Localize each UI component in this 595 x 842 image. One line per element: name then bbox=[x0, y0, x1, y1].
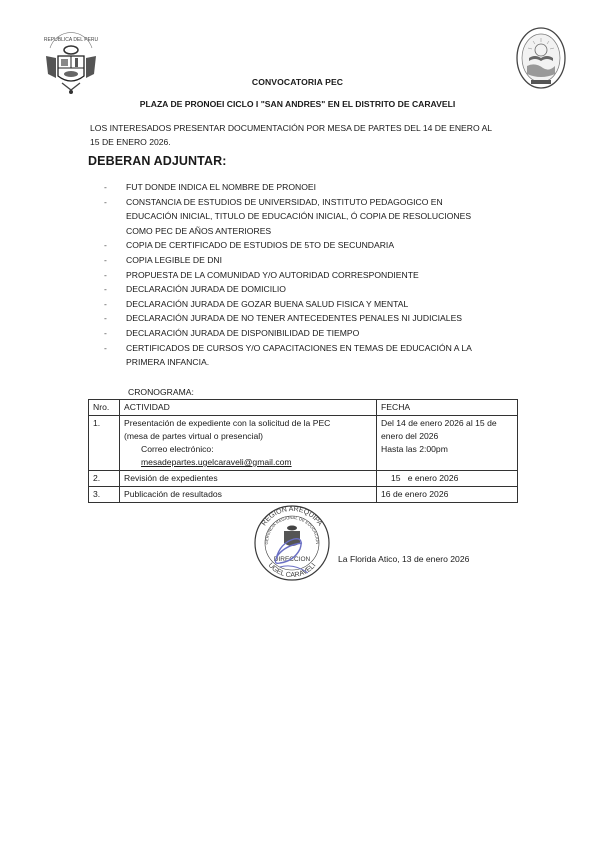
intro-line: LOS INTERESADOS PRESENTAR DOCUMENTACIÓN … bbox=[90, 121, 550, 135]
header-date: FECHA bbox=[377, 400, 518, 416]
requirement-text: CERTIFICADOS DE CURSOS Y/O CAPACITACIONE… bbox=[126, 341, 548, 356]
document-title: CONVOCATORIA PEC bbox=[0, 77, 595, 87]
email-link[interactable]: mesadepartes.ugelcaraveli@gmail.com bbox=[124, 456, 372, 469]
svg-text:DIRECCION: DIRECCION bbox=[274, 556, 311, 563]
row-nro: 2. bbox=[89, 471, 120, 487]
requirement-item: COPIA LEGIBLE DE DNI bbox=[118, 253, 548, 268]
intro-paragraph: LOS INTERESADOS PRESENTAR DOCUMENTACIÓN … bbox=[90, 121, 550, 149]
requirement-text: COPIA LEGIBLE DE DNI bbox=[126, 253, 548, 268]
date-text: enero del 2026 bbox=[381, 430, 513, 443]
requirement-text: PROPUESTA DE LA COMUNIDAD Y/O AUTORIDAD … bbox=[126, 268, 548, 283]
header-activity: ACTIVIDAD bbox=[120, 400, 377, 416]
requirement-text: DECLARACIÓN JURADA DE DISPONIBILIDAD DE … bbox=[126, 326, 548, 341]
requirements-list: FUT DONDE INDICA EL NOMBRE DE PRONOEICON… bbox=[118, 180, 548, 370]
requirement-item: DECLARACIÓN JURADA DE NO TENER ANTECEDEN… bbox=[118, 311, 548, 326]
row-date: 15 e enero 2026 bbox=[377, 471, 518, 487]
requirement-item: DECLARACIÓN JURADA DE DOMICILIO bbox=[118, 282, 548, 297]
table-row: 1. Presentación de expediente con la sol… bbox=[89, 416, 518, 471]
date-text: Hasta las 2:00pm bbox=[381, 443, 513, 456]
email-label: Correo electrónico: bbox=[124, 443, 372, 456]
intro-line: 15 DE ENERO 2026. bbox=[90, 135, 550, 149]
requirements-heading: DEBERAN ADJUNTAR: bbox=[88, 154, 227, 168]
requirement-text: DECLARACIÓN JURADA DE DOMICILIO bbox=[126, 282, 548, 297]
requirement-text: COPIA DE CERTIFICADO DE ESTUDIOS DE 5TO … bbox=[126, 238, 548, 253]
activity-text: Presentación de expediente con la solici… bbox=[124, 417, 372, 430]
schedule-label: CRONOGRAMA: bbox=[128, 387, 194, 397]
schedule-table: Nro. ACTIVIDAD FECHA 1. Presentación de … bbox=[88, 399, 518, 503]
requirement-item: DECLARACIÓN JURADA DE DISPONIBILIDAD DE … bbox=[118, 326, 548, 341]
table-row: 2. Revisión de expedientes 15 e enero 20… bbox=[89, 471, 518, 487]
requirement-text: EDUCACIÓN INICIAL, TITULO DE EDUCACIÓN I… bbox=[126, 209, 548, 224]
activity-text: (mesa de partes virtual o presencial) bbox=[124, 430, 372, 443]
official-stamp: REGION AREQUIPA GERENCIA REGIONAL DE EDU… bbox=[250, 503, 334, 583]
requirement-item: FUT DONDE INDICA EL NOMBRE DE PRONOEI bbox=[118, 180, 548, 195]
requirement-item: PROPUESTA DE LA COMUNIDAD Y/O AUTORIDAD … bbox=[118, 268, 548, 283]
requirement-text: DECLARACIÓN JURADA DE NO TENER ANTECEDEN… bbox=[126, 311, 548, 326]
table-header-row: Nro. ACTIVIDAD FECHA bbox=[89, 400, 518, 416]
requirement-item: CONSTANCIA DE ESTUDIOS DE UNIVERSIDAD, I… bbox=[118, 195, 548, 239]
svg-text:REPUBLICA DEL PERU: REPUBLICA DEL PERU bbox=[44, 37, 99, 43]
header-nro: Nro. bbox=[89, 400, 120, 416]
requirement-text: PRIMERA INFANCIA. bbox=[126, 355, 548, 370]
row-date: 16 de enero 2026 bbox=[377, 487, 518, 503]
row-nro: 1. bbox=[89, 416, 120, 471]
requirement-item: DECLARACIÓN JURADA DE GOZAR BUENA SALUD … bbox=[118, 297, 548, 312]
row-activity: Publicación de resultados bbox=[120, 487, 377, 503]
peru-coat-of-arms-logo: REPUBLICA DEL PERU bbox=[40, 28, 102, 98]
row-date: Del 14 de enero 2026 al 15 de enero del … bbox=[377, 416, 518, 471]
requirement-text: COMO PEC DE AÑOS ANTERIORES bbox=[126, 224, 548, 239]
place-date-line: La Florida Atico, 13 de enero 2026 bbox=[338, 554, 469, 564]
document-subtitle: PLAZA DE PRONOEI CICLO I "SAN ANDRES" EN… bbox=[0, 99, 595, 109]
requirement-item: CERTIFICADOS DE CURSOS Y/O CAPACITACIONE… bbox=[118, 341, 548, 370]
row-activity: Revisión de expedientes bbox=[120, 471, 377, 487]
row-activity: Presentación de expediente con la solici… bbox=[120, 416, 377, 471]
requirement-text: DECLARACIÓN JURADA DE GOZAR BUENA SALUD … bbox=[126, 297, 548, 312]
requirement-text: FUT DONDE INDICA EL NOMBRE DE PRONOEI bbox=[126, 180, 548, 195]
date-text: Del 14 de enero 2026 al 15 de bbox=[381, 417, 513, 430]
svg-text:UGEL CARAVELI: UGEL CARAVELI bbox=[267, 562, 318, 579]
requirement-item: COPIA DE CERTIFICADO DE ESTUDIOS DE 5TO … bbox=[118, 238, 548, 253]
table-row: 3. Publicación de resultados 16 de enero… bbox=[89, 487, 518, 503]
row-nro: 3. bbox=[89, 487, 120, 503]
requirement-text: CONSTANCIA DE ESTUDIOS DE UNIVERSIDAD, I… bbox=[126, 195, 548, 210]
